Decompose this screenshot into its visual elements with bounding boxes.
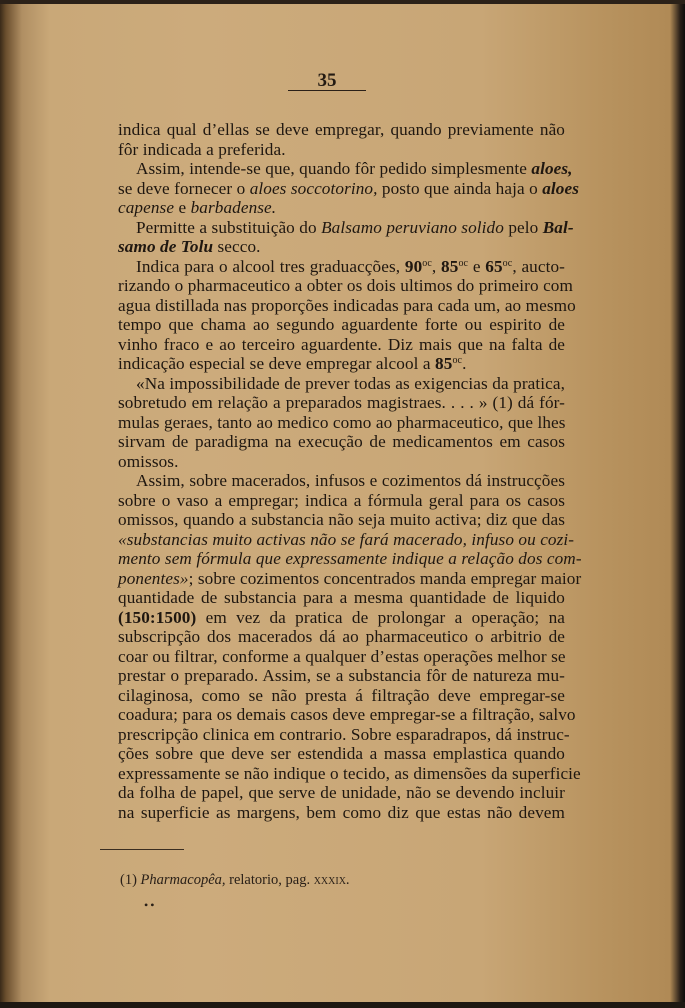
text-segment: ; sobre cozimentos concentrados manda em… [189, 569, 582, 588]
italic-term: aloes soccotorino, [250, 179, 378, 198]
page-number-rule [288, 90, 366, 91]
text-segment: quantidade de substancia para a mesma qu… [118, 588, 565, 607]
text-line: tempo que chama ao segundo aguardente fo… [118, 315, 565, 335]
text-line: samo de Tolu secco. [118, 237, 565, 257]
text-line: prescripção clinica em contrario. Sobre … [118, 725, 565, 745]
ratio-value: (150:1500) [118, 608, 196, 627]
text-segment: vinho fraco e ao terceiro aguardente. Di… [118, 335, 565, 354]
text-segment: Indica para o alcool tres graduacções, [136, 257, 405, 276]
text-segment: se deve fornecer o [118, 179, 250, 198]
text-line: vinho fraco e ao terceiro aguardente. Di… [118, 335, 565, 355]
text-segment: sirvam de paradigma na execução de medic… [118, 432, 565, 451]
text-segment: da folha de papel, que serve de unidade,… [118, 783, 565, 802]
text-segment: Permitte a substituição do [136, 218, 321, 237]
text-segment: indica qual d’ellas se deve empregar, qu… [118, 120, 565, 139]
footnote-marker: (1) [120, 872, 137, 888]
text-segment: agua distillada nas proporções indicadas… [118, 296, 576, 315]
italic-quote: mento sem fórmula que expressamente indi… [118, 549, 582, 568]
text-line: mulas geraes, tanto ao medico como ao ph… [118, 413, 565, 433]
text-line: coadura; para os demais casos deve empre… [118, 705, 565, 725]
italic-term: barbadense. [191, 198, 277, 217]
text-line: «Na impossibilidade de prever todas as e… [118, 374, 565, 394]
text-line: se deve fornecer o aloes soccotorino, po… [118, 179, 565, 199]
italic-term: samo de Tolu [118, 237, 213, 256]
signature-mark: •• [144, 898, 156, 913]
italic-term: aloes, [531, 159, 572, 178]
text-segment: ções sobre que deve ser estendida a mass… [118, 744, 565, 763]
text-segment: prestar o preparado. Assim, se a substan… [118, 666, 565, 685]
italic-term: Bal- [543, 218, 574, 237]
text-segment: expressamente se não indique o tecido, a… [118, 764, 581, 783]
text-line: fôr indicada a preferida. [118, 140, 565, 160]
degree-value: 90 [405, 257, 422, 276]
text-line: quantidade de substancia para a mesma qu… [118, 588, 565, 608]
body-text: indica qual d’ellas se deve empregar, qu… [118, 120, 565, 822]
text-line: expressamente se não indique o tecido, a… [118, 764, 565, 784]
text-segment: cilaginosa, como se não presta á filtraç… [118, 686, 565, 705]
text-segment: Assim, intende-se que, quando fôr pedido… [136, 159, 531, 178]
text-segment: sobre o vaso a empregar; indica a fórmul… [118, 491, 565, 510]
text-line: mento sem fórmula que expressamente indi… [118, 549, 565, 569]
degree-unit: oc [503, 258, 513, 269]
text-line: (150:1500) em vez da pratica de prolonga… [118, 608, 565, 628]
text-line: indicação especial se deve empregar alco… [118, 354, 565, 374]
text-segment: , aucto- [512, 257, 565, 276]
text-line: indica qual d’ellas se deve empregar, qu… [118, 120, 565, 140]
text-line: da folha de papel, que serve de unidade,… [118, 783, 565, 803]
text-segment: tempo que chama ao segundo aguardente fo… [118, 315, 565, 334]
degree-value: 85 [435, 354, 452, 373]
text-line: sobre o vaso a empregar; indica a fórmul… [118, 491, 565, 511]
text-segment: , [432, 257, 441, 276]
text-segment: omissos. [118, 452, 179, 471]
text-line: sirvam de paradigma na execução de medic… [118, 432, 565, 452]
text-line: capense e barbadense. [118, 198, 565, 218]
text-segment: mulas geraes, tanto ao medico como ao ph… [118, 413, 566, 432]
footnote: (1) Pharmacopêa, relatorio, pag. xxxix. [120, 872, 350, 889]
page-number: 35 [288, 70, 366, 92]
degree-value: 85 [441, 257, 458, 276]
text-segment: . [462, 354, 466, 373]
text-segment: secco. [213, 237, 260, 256]
degree-unit: oc [452, 355, 462, 366]
text-line: subscripção dos macerados dá ao pharmace… [118, 627, 565, 647]
text-line: «substancias muito activas não se fará m… [118, 530, 565, 550]
book-page: 35 indica qual d’ellas se deve empregar,… [0, 0, 685, 1008]
text-line: Permitte a substituição do Balsamo peruv… [118, 218, 565, 238]
text-segment: coadura; para os demais casos deve empre… [118, 705, 576, 724]
text-line: na superficie as margens, bem como diz q… [118, 803, 565, 823]
text-segment: pelo [504, 218, 543, 237]
degree-value: 65 [485, 257, 502, 276]
italic-term: aloes [542, 179, 579, 198]
text-segment: indicação especial se deve empregar alco… [118, 354, 435, 373]
text-segment: prescripção clinica em contrario. Sobre … [118, 725, 570, 744]
footnote-title: Pharmacopêa, [141, 872, 226, 888]
text-line: ponentes»; sobre cozimentos concentrados… [118, 569, 565, 589]
text-segment: sobretudo em relação a preparados magist… [118, 393, 565, 412]
text-line: sobretudo em relação a preparados magist… [118, 393, 565, 413]
footnote-rule [100, 849, 184, 850]
text-line: Assim, intende-se que, quando fôr pedido… [118, 159, 565, 179]
text-line: Assim, sobre macerados, infusos e cozime… [118, 471, 565, 491]
degree-unit: oc [458, 258, 468, 269]
footnote-text: relatorio, pag. [226, 872, 314, 888]
text-line: agua distillada nas proporções indicadas… [118, 296, 565, 316]
text-line: ções sobre que deve ser estendida a mass… [118, 744, 565, 764]
italic-quote: «substancias muito activas não se fará m… [118, 530, 574, 549]
text-line: omissos. [118, 452, 565, 472]
text-line: omissos, quando a substancia não seja mu… [118, 510, 565, 530]
text-line: coar ou filtrar, conforme a qualquer d’e… [118, 647, 565, 667]
text-line: Indica para o alcool tres graduacções, 9… [118, 257, 565, 277]
text-segment: omissos, quando a substancia não seja mu… [118, 510, 565, 529]
text-segment: e [174, 198, 191, 217]
degree-unit: oc [422, 258, 432, 269]
italic-term: Balsamo peruviano solido [321, 218, 504, 237]
text-segment: coar ou filtrar, conforme a qualquer d’e… [118, 647, 566, 666]
text-segment: na superficie as margens, bem como diz q… [118, 803, 565, 822]
text-line: rizando o pharmaceutico a obter os dois … [118, 276, 565, 296]
text-segment: rizando o pharmaceutico a obter os dois … [118, 276, 573, 295]
text-line: cilaginosa, como se não presta á filtraç… [118, 686, 565, 706]
text-line: prestar o preparado. Assim, se a substan… [118, 666, 565, 686]
text-segment: posto que ainda haja o [378, 179, 543, 198]
footnote-page-roman: xxxix. [314, 872, 350, 888]
text-segment: «Na impossibilidade de prever todas as e… [136, 374, 565, 393]
text-segment: fôr indicada a preferida. [118, 140, 286, 159]
text-segment: em vez da pratica de prolongar a operaçã… [196, 608, 565, 627]
italic-term: capense [118, 198, 174, 217]
text-segment: subscripção dos macerados dá ao pharmace… [118, 627, 565, 646]
italic-quote: ponentes» [118, 569, 189, 588]
text-segment: Assim, sobre macerados, infusos e cozime… [136, 471, 565, 490]
text-segment: e [468, 257, 485, 276]
